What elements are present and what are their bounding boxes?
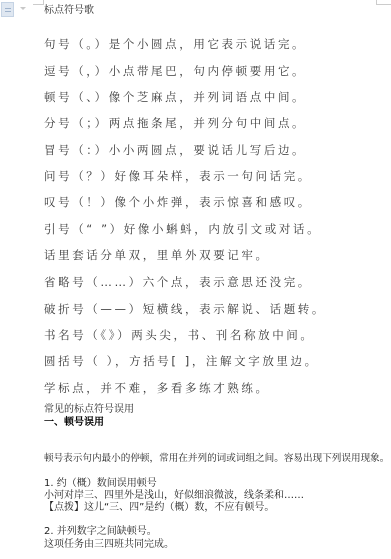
poem-line: 句号（。）是个小圆点，用它表示说话完。	[44, 37, 306, 51]
poem-line: 逗号（，）小点带尾巴，句内停顿要用它。	[44, 64, 306, 78]
poem-line: 省略号（……）六个点，表示意思还没完。	[44, 275, 312, 289]
item-example: 这项任务由三四班共同完成。	[44, 539, 174, 551]
poem-line: 圆括号（ ），方括号[ ]，注解文字放里边。	[44, 354, 319, 368]
document-title: 标点符号歌	[44, 5, 94, 17]
poem-line: 话里套话分单双，里单外双要记牢。	[44, 248, 270, 262]
poem-line: 书名号（《》）两头尖，书、刊名称放中间。	[44, 328, 315, 342]
margin-corner-mark-right	[376, 0, 391, 5]
item-note: 【点拨】这儿“三、四”是约（概）数，不应有顿号。	[44, 502, 274, 514]
section-subheading: 一、顿号误用	[44, 417, 104, 429]
section-heading: 常见的标点符号误用	[44, 404, 134, 416]
poem-line: 问号（？）好像耳朵样，表示一句问话完。	[44, 169, 312, 183]
item-example: 小河对岸三、四里外是浅山，好似细浪微波，线条柔和……	[44, 490, 304, 502]
poem-line: 分号（；）两点拖条尾，并列分句中间点。	[44, 116, 306, 130]
poem-line: 引号（“ ”）好像小蝌蚪，内放引文或对话。	[44, 222, 321, 236]
item-title: 2. 并列数字之间缺顿号。	[44, 526, 157, 538]
poem-line: 顿号（、）像个芝麻点，并列词语点中间。	[44, 90, 306, 104]
section-intro: 顿号表示句内最小的停顿，常用在并列的词或词组之间。容易出现下列误用现象。	[44, 453, 389, 465]
poem-line: 破折号（——）短横线，表示解说、话题转。	[44, 302, 326, 316]
poem-line: 学标点，并不难，多看多练才熟练。	[44, 381, 270, 395]
item-title: 1. 约（概）数间误用顿号	[44, 478, 157, 490]
margin-corner-mark-left	[33, 0, 44, 5]
doc-icon[interactable]	[1, 2, 14, 17]
dropdown-arrow-icon[interactable]	[20, 7, 26, 10]
poem-line: 叹号（！）像个小炸弹，表示惊喜和感叹。	[44, 195, 312, 209]
poem-line: 冒号（：）小小两圆点，要说话儿写后边。	[44, 143, 306, 157]
